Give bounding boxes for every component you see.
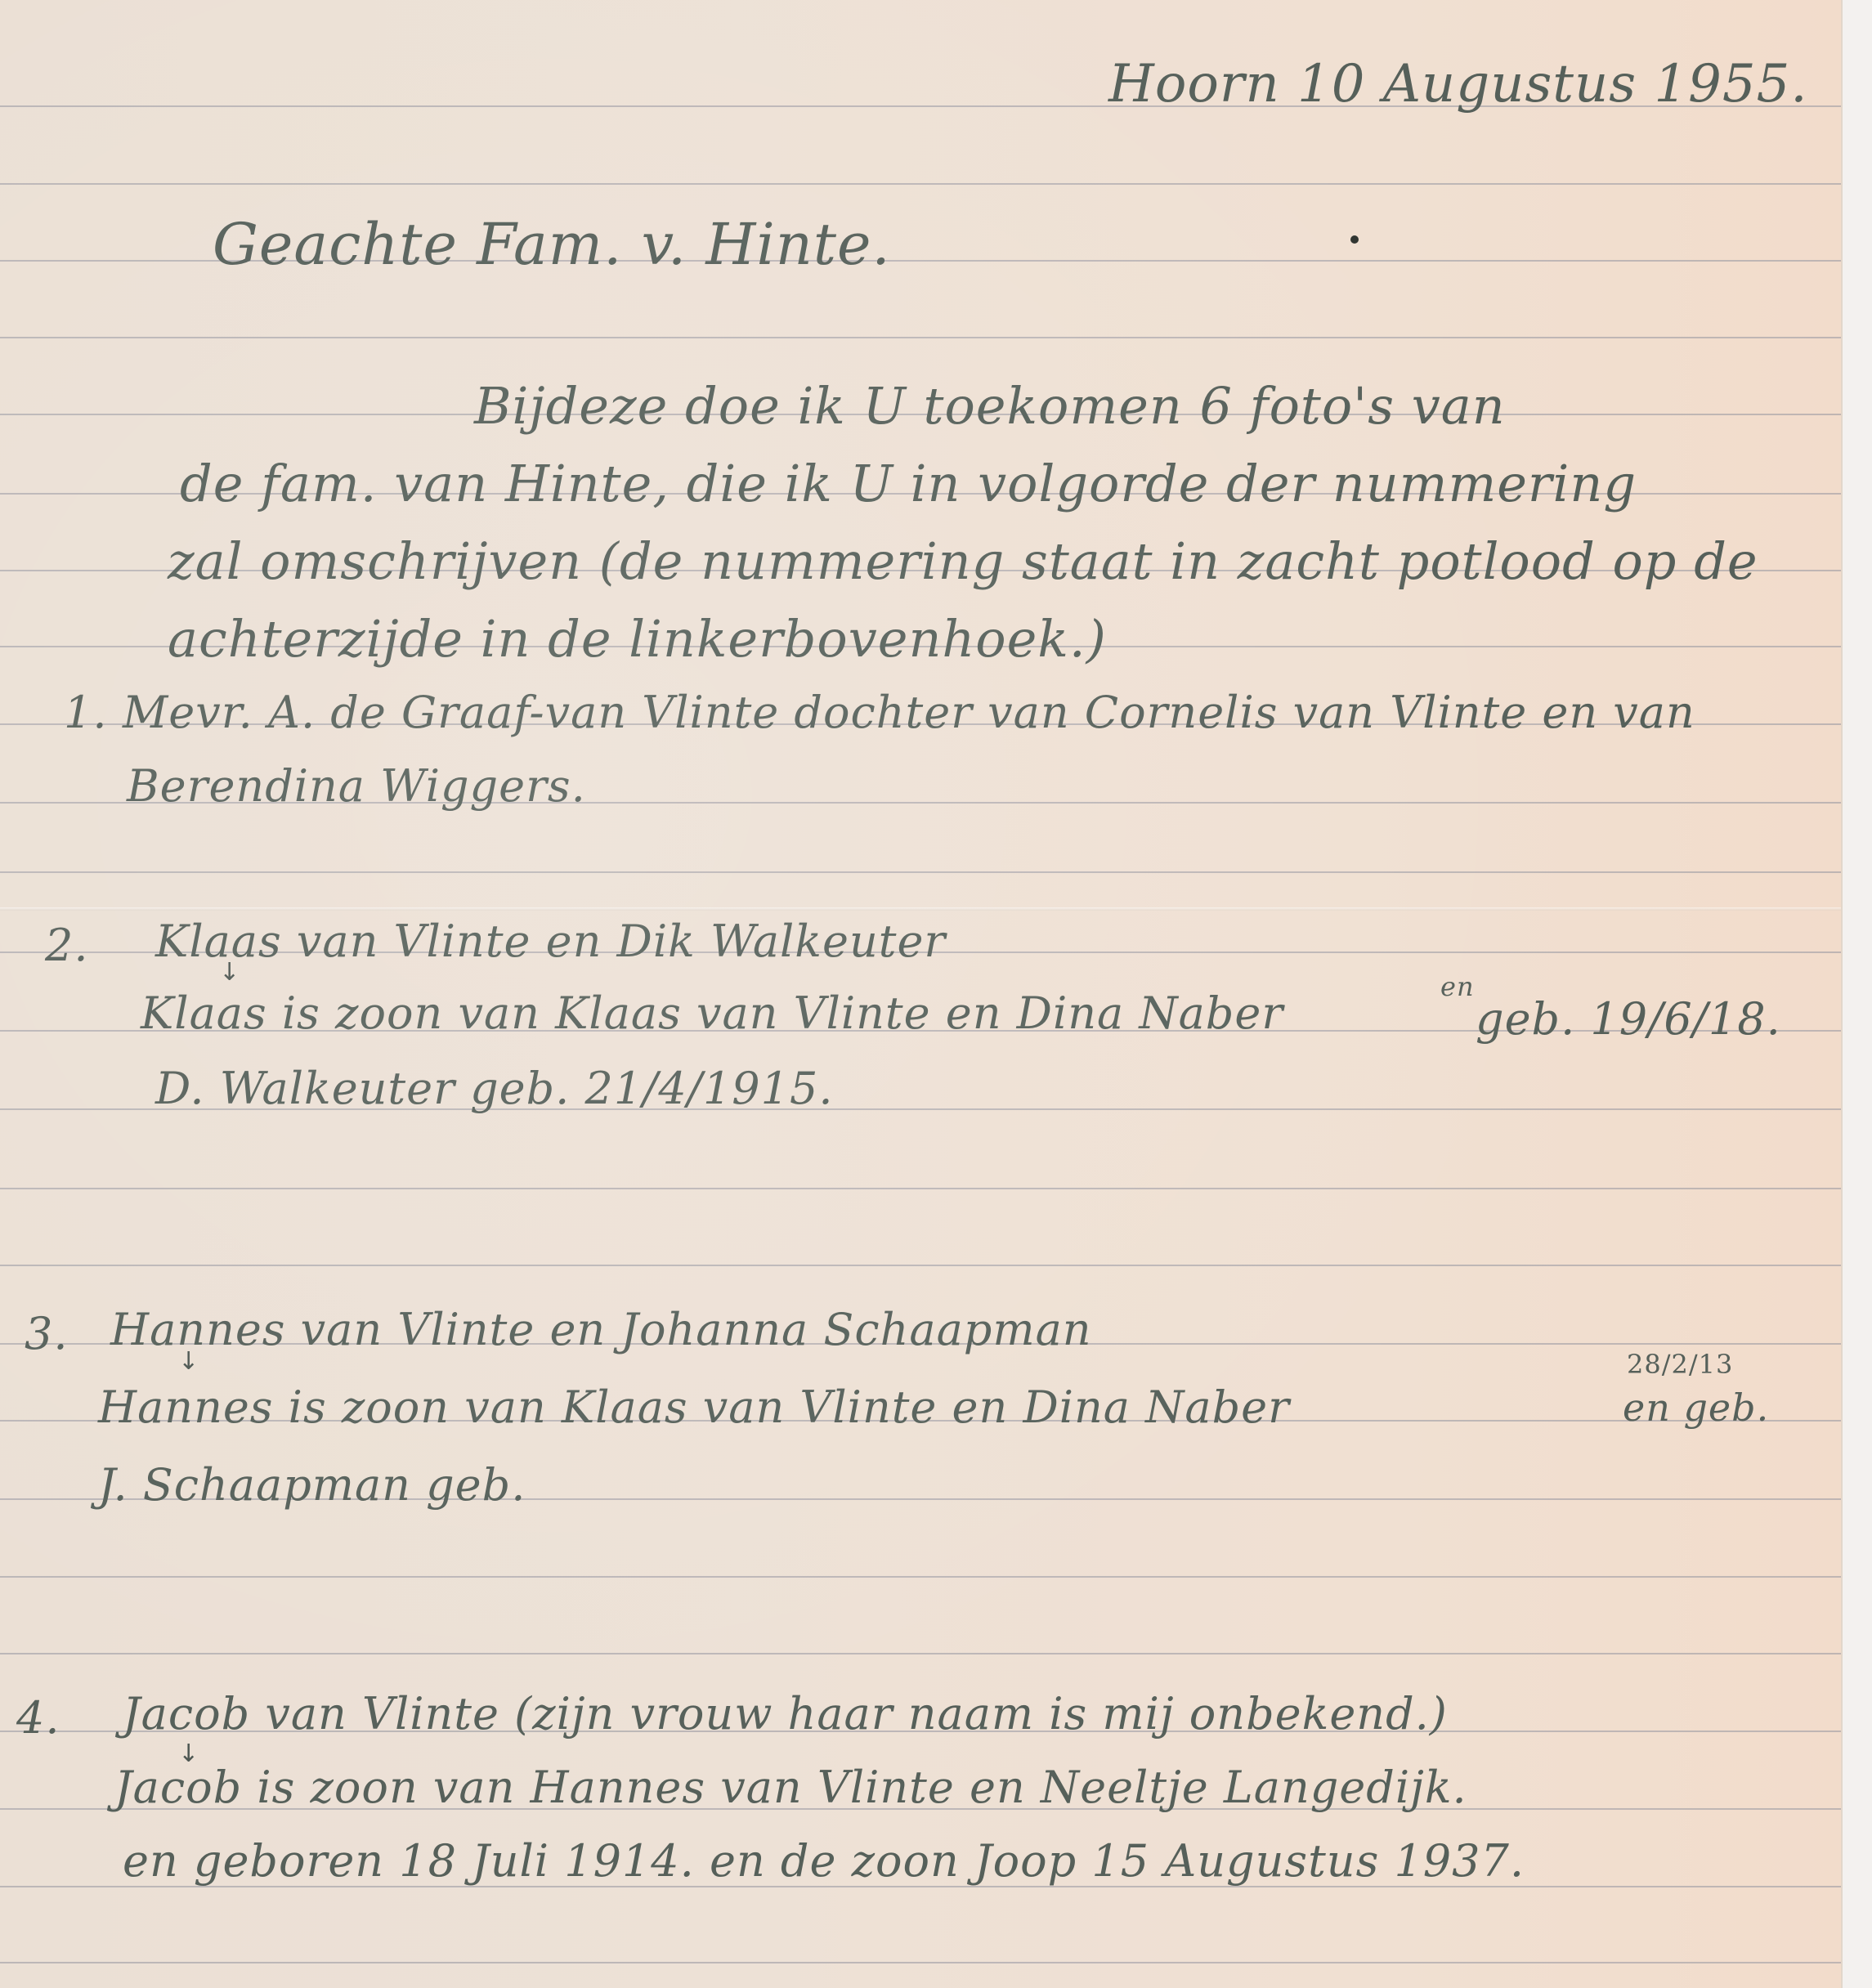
salutation: Geachte Fam. v. Hinte. bbox=[213, 211, 891, 278]
entry-3-line-2: Hannes is zoon van Klaas van Vlinte en D… bbox=[98, 1381, 1290, 1433]
entry-4-line-3: en geboren 18 Juli 1914. en de zoon Joop… bbox=[123, 1835, 1525, 1887]
entry-3-insert: en geb. bbox=[1623, 1386, 1769, 1430]
letter-page: Hoorn 10 Augustus 1955. Geachte Fam. v. … bbox=[0, 0, 1841, 1988]
place-date: Hoorn 10 Augustus 1955. bbox=[1108, 54, 1808, 114]
entry-4-number: 4. bbox=[16, 1692, 60, 1744]
entry-1-number: 1. bbox=[64, 687, 108, 738]
intro-line-4: achterzijde in de linkerbovenhoek.) bbox=[168, 609, 1107, 669]
entry-3-line-1: Hannes van Vlinte en Johanna Schaapman bbox=[110, 1304, 1092, 1355]
intro-line-3: zal omschrijven (de nummering staat in z… bbox=[168, 531, 1758, 591]
entry-3-line-3: J. Schaapman geb. bbox=[98, 1459, 526, 1511]
entry-2-number: 2. bbox=[45, 920, 89, 971]
entry-2-line-1: Klaas van Vlinte en Dik Walkeuter bbox=[155, 916, 946, 967]
scan-margin bbox=[1841, 0, 1872, 1988]
ruled-line bbox=[0, 871, 1841, 873]
entry-3-number: 3. bbox=[25, 1308, 69, 1359]
entry-2-line-2: Klaas is zoon van Klaas van Vlinte en Di… bbox=[141, 987, 1283, 1039]
entry-1-line-2: Berendina Wiggers. bbox=[127, 760, 586, 812]
intro-line-1: Bijdeze doe ik U toekomen 6 foto's van bbox=[474, 376, 1506, 436]
ruled-line bbox=[0, 1962, 1841, 1963]
entry-4-line-1: Jacob van Vlinte (zijn vrouw haar naam i… bbox=[123, 1688, 1448, 1739]
entry-2-insert: en bbox=[1440, 971, 1475, 1002]
entry-1-line-1: Mevr. A. de Graaf-van Vlinte dochter van… bbox=[123, 687, 1695, 738]
entry-2-line-3: D. Walkeuter geb. 21/4/1915. bbox=[155, 1063, 834, 1114]
entry-3-arrow-icon: ↓ bbox=[178, 1347, 199, 1376]
entry-2-birth: geb. 19/6/18. bbox=[1476, 993, 1781, 1045]
paper-crease bbox=[0, 907, 1841, 911]
intro-line-2: de fam. van Hinte, die ik U in volgorde … bbox=[180, 454, 1637, 513]
entry-4-line-2: Jacob is zoon van Hannes van Vlinte en N… bbox=[114, 1762, 1467, 1813]
ruled-line bbox=[0, 183, 1841, 185]
entry-3-superscript-date: 28/2/13 bbox=[1627, 1349, 1733, 1380]
ruled-line bbox=[0, 1265, 1841, 1266]
ruled-line bbox=[0, 1188, 1841, 1189]
entry-2-arrow-icon: ↓ bbox=[219, 958, 240, 987]
ruled-line bbox=[0, 1576, 1841, 1578]
ruled-line bbox=[0, 337, 1841, 338]
ink-dot bbox=[1350, 235, 1359, 244]
ruled-line bbox=[0, 1653, 1841, 1654]
